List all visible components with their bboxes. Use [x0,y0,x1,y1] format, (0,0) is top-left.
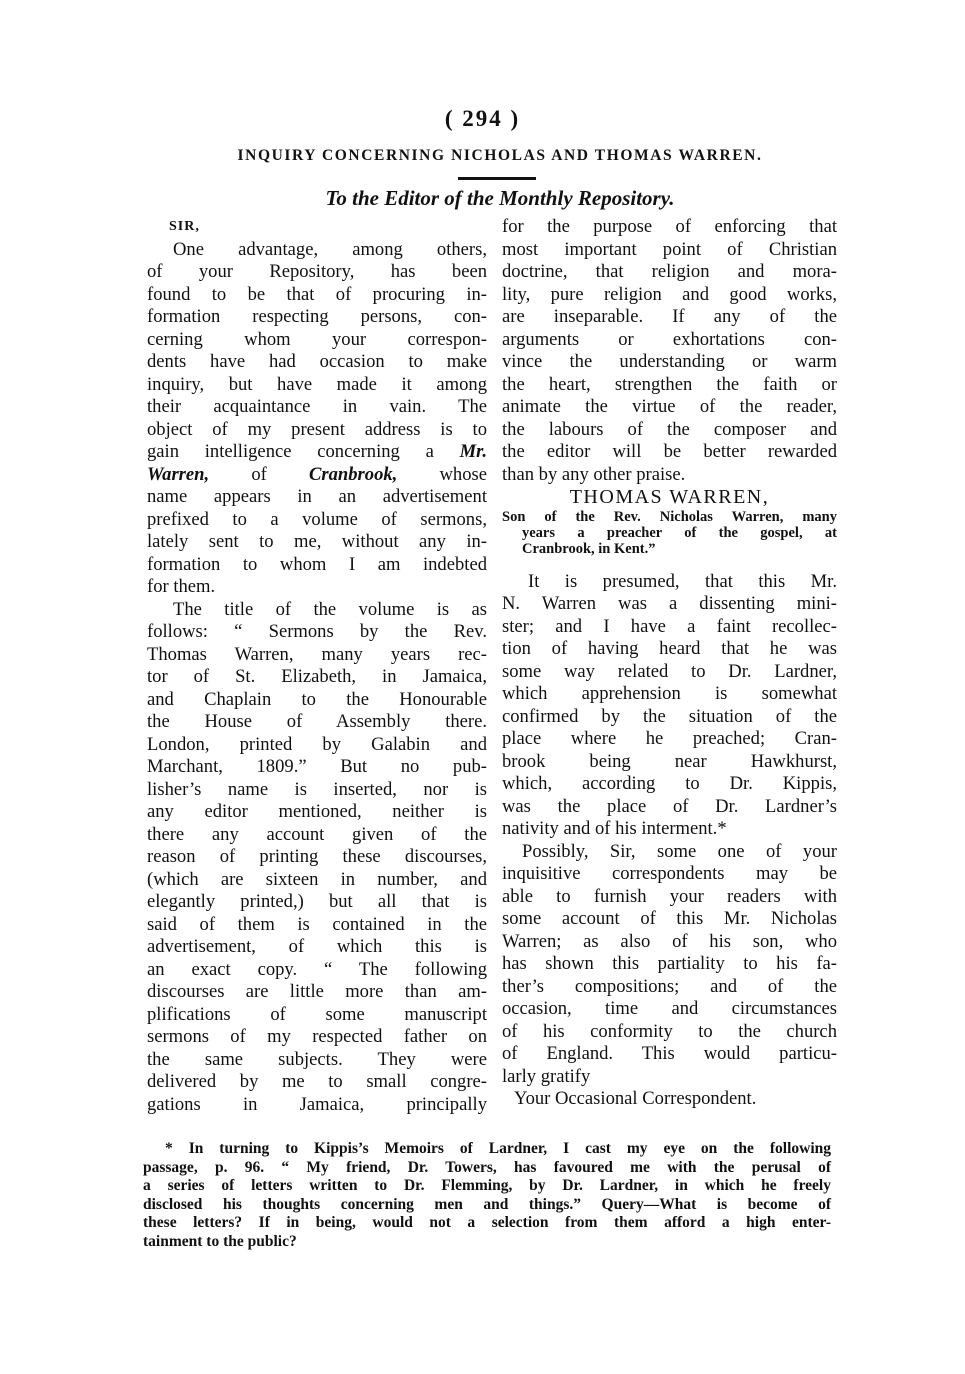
text-line: which apprehension is somewhat [502,683,837,706]
text-line: has shown this partiality to his fa- [502,953,837,976]
footnote-line: these letters? If in being, would not a … [143,1214,831,1233]
right-column: for the purpose of enforcing that most i… [502,216,837,1111]
text-line: lisher’s name is inserted, nor is [147,779,487,802]
signature-name: THOMAS WARREN, [502,486,837,509]
italic-name-mr: Mr. [460,441,487,462]
page-number: ( 294 ) [0,106,965,132]
text-line: lately sent to me, without any in- [147,531,487,554]
left-column: SIR, One advantage, among others, of you… [147,216,487,1116]
text-line: the House of Assembly there. [147,711,487,734]
text-line: some way related to Dr. Lardner, [502,661,837,684]
text-line: larly gratify [502,1066,837,1089]
text-line: their acquaintance in vain. The [147,396,487,419]
text-line: reason of printing these discourses, [147,846,487,869]
text-line: the same subjects. They were [147,1049,487,1072]
footnote: * In turning to Kippis’s Memoirs of Lard… [143,1140,831,1251]
text-line: of England. This would particu- [502,1043,837,1066]
text-line: One advantage, among others, [147,239,487,262]
text-line: was the place of Dr. Lardner’s [502,796,837,819]
signoff: Your Occasional Correspondent. [502,1088,837,1111]
text-line: there any account given of the [147,824,487,847]
text-line: object of my present address is to [147,419,487,442]
text-fragment: whose [440,464,488,485]
text-line: able to furnish your readers with [502,886,837,909]
text-line: the labours of the composer and [502,419,837,442]
text-line-mixed: Warren, of Cranbrook, whose [147,464,487,487]
text-line: It is presumed, that this Mr. [502,571,837,594]
text-line: tor of St. Elizabeth, in Jamaica, [147,666,487,689]
text-fragment: gain intelligence concerning a [147,441,460,462]
text-line: and Chaplain to the Honourable [147,689,487,712]
text-line: formation respecting persons, con- [147,306,487,329]
text-line: elegantly printed,) but all that is [147,891,487,914]
text-line: inquiry, but have made it among [147,374,487,397]
text-line: place where he preached; Cran- [502,728,837,751]
text-line: formation to whom I am indebted [147,554,487,577]
text-line: prefixed to a volume of sermons, [147,509,487,532]
italic-name-warren: Warren, [147,464,209,485]
text-line: found to be that of procuring in- [147,284,487,307]
text-line: of your Repository, has been [147,261,487,284]
text-line: any editor mentioned, neither is [147,801,487,824]
article-title: Inquiry concerning Nicholas and Thomas W… [150,147,850,165]
signature-description: Son of the Rev. Nicholas Warren, many ye… [502,509,837,557]
text-line: confirmed by the situation of the [502,706,837,729]
text-line: gations in Jamaica, principally [147,1094,487,1117]
text-line: of his conformity to the church [502,1021,837,1044]
text-line: delivered by me to small congre- [147,1071,487,1094]
text-line: Marchant, 1809.” But no pub- [147,756,487,779]
letter-heading: To the Editor of the Monthly Repository. [150,186,850,211]
italic-place-cranbrook: Cranbrook, [309,464,397,485]
text-line: tion of having heard that he was [502,638,837,661]
signature-line: Son of the Rev. Nicholas Warren, many [502,509,837,525]
text-line: name appears in an advertisement [147,486,487,509]
text-line: Warren; as also of his son, who [502,931,837,954]
title-divider [458,177,536,180]
text-line: plifications of some manuscript [147,1004,487,1027]
text-line: advertisement, of which this is [147,936,487,959]
text-line: the editor will be better rewarded [502,441,837,464]
text-line: nativity and of his interment.* [502,818,837,841]
text-line: some account of this Mr. Nicholas [502,908,837,931]
text-line: London, printed by Galabin and [147,734,487,757]
text-line: the heart, strengthen the faith or [502,374,837,397]
text-line: Thomas Warren, many years rec- [147,644,487,667]
text-line: dents have had occasion to make [147,351,487,374]
text-line: an exact copy. “ The following [147,959,487,982]
text-line: N. Warren was a dissenting mini- [502,593,837,616]
text-line: than by any other praise. [502,464,837,487]
text-line: ther’s compositions; and of the [502,976,837,999]
footnote-line: * In turning to Kippis’s Memoirs of Lard… [143,1140,831,1159]
text-line: Possibly, Sir, some one of your [502,841,837,864]
text-line: are inseparable. If any of the [502,306,837,329]
text-line: for the purpose of enforcing that [502,216,837,239]
document-page: ( 294 ) Inquiry concerning Nicholas and … [0,0,965,1374]
text-line-mixed: gain intelligence concerning a Mr. [147,441,487,464]
text-line: ster; and I have a faint recollec- [502,616,837,639]
text-line: follows: “ Sermons by the Rev. [147,621,487,644]
text-line: arguments or exhortations con- [502,329,837,352]
text-line: for them. [147,576,487,599]
text-line: The title of the volume is as [147,599,487,622]
text-fragment: of [251,464,267,485]
text-line: sermons of my respected father on [147,1026,487,1049]
salutation: SIR, [147,216,487,239]
text-line: most important point of Christian [502,239,837,262]
signature-line: years a preacher of the gospel, at [502,525,837,541]
text-line: said of them is contained in the [147,914,487,937]
text-line: which, according to Dr. Kippis, [502,773,837,796]
text-line: brook being near Hawkhurst, [502,751,837,774]
text-line: cerning whom your correspon- [147,329,487,352]
signature-line: Cranbrook, in Kent.” [502,541,837,557]
text-line: discourses are little more than am- [147,981,487,1004]
text-line: inquisitive correspondents may be [502,863,837,886]
text-line: lity, pure religion and good works, [502,284,837,307]
text-line: occasion, time and circumstances [502,998,837,1021]
footnote-line: passage, p. 96. “ My friend, Dr. Towers,… [143,1159,831,1178]
text-line: animate the virtue of the reader, [502,396,837,419]
footnote-line: disclosed his thoughts concerning men an… [143,1196,831,1215]
footnote-line: a series of letters written to Dr. Flemm… [143,1177,831,1196]
text-line: doctrine, that religion and mora- [502,261,837,284]
footnote-line: tainment to the public? [143,1233,831,1252]
text-line: vince the understanding or warm [502,351,837,374]
text-line: (which are sixteen in number, and [147,869,487,892]
